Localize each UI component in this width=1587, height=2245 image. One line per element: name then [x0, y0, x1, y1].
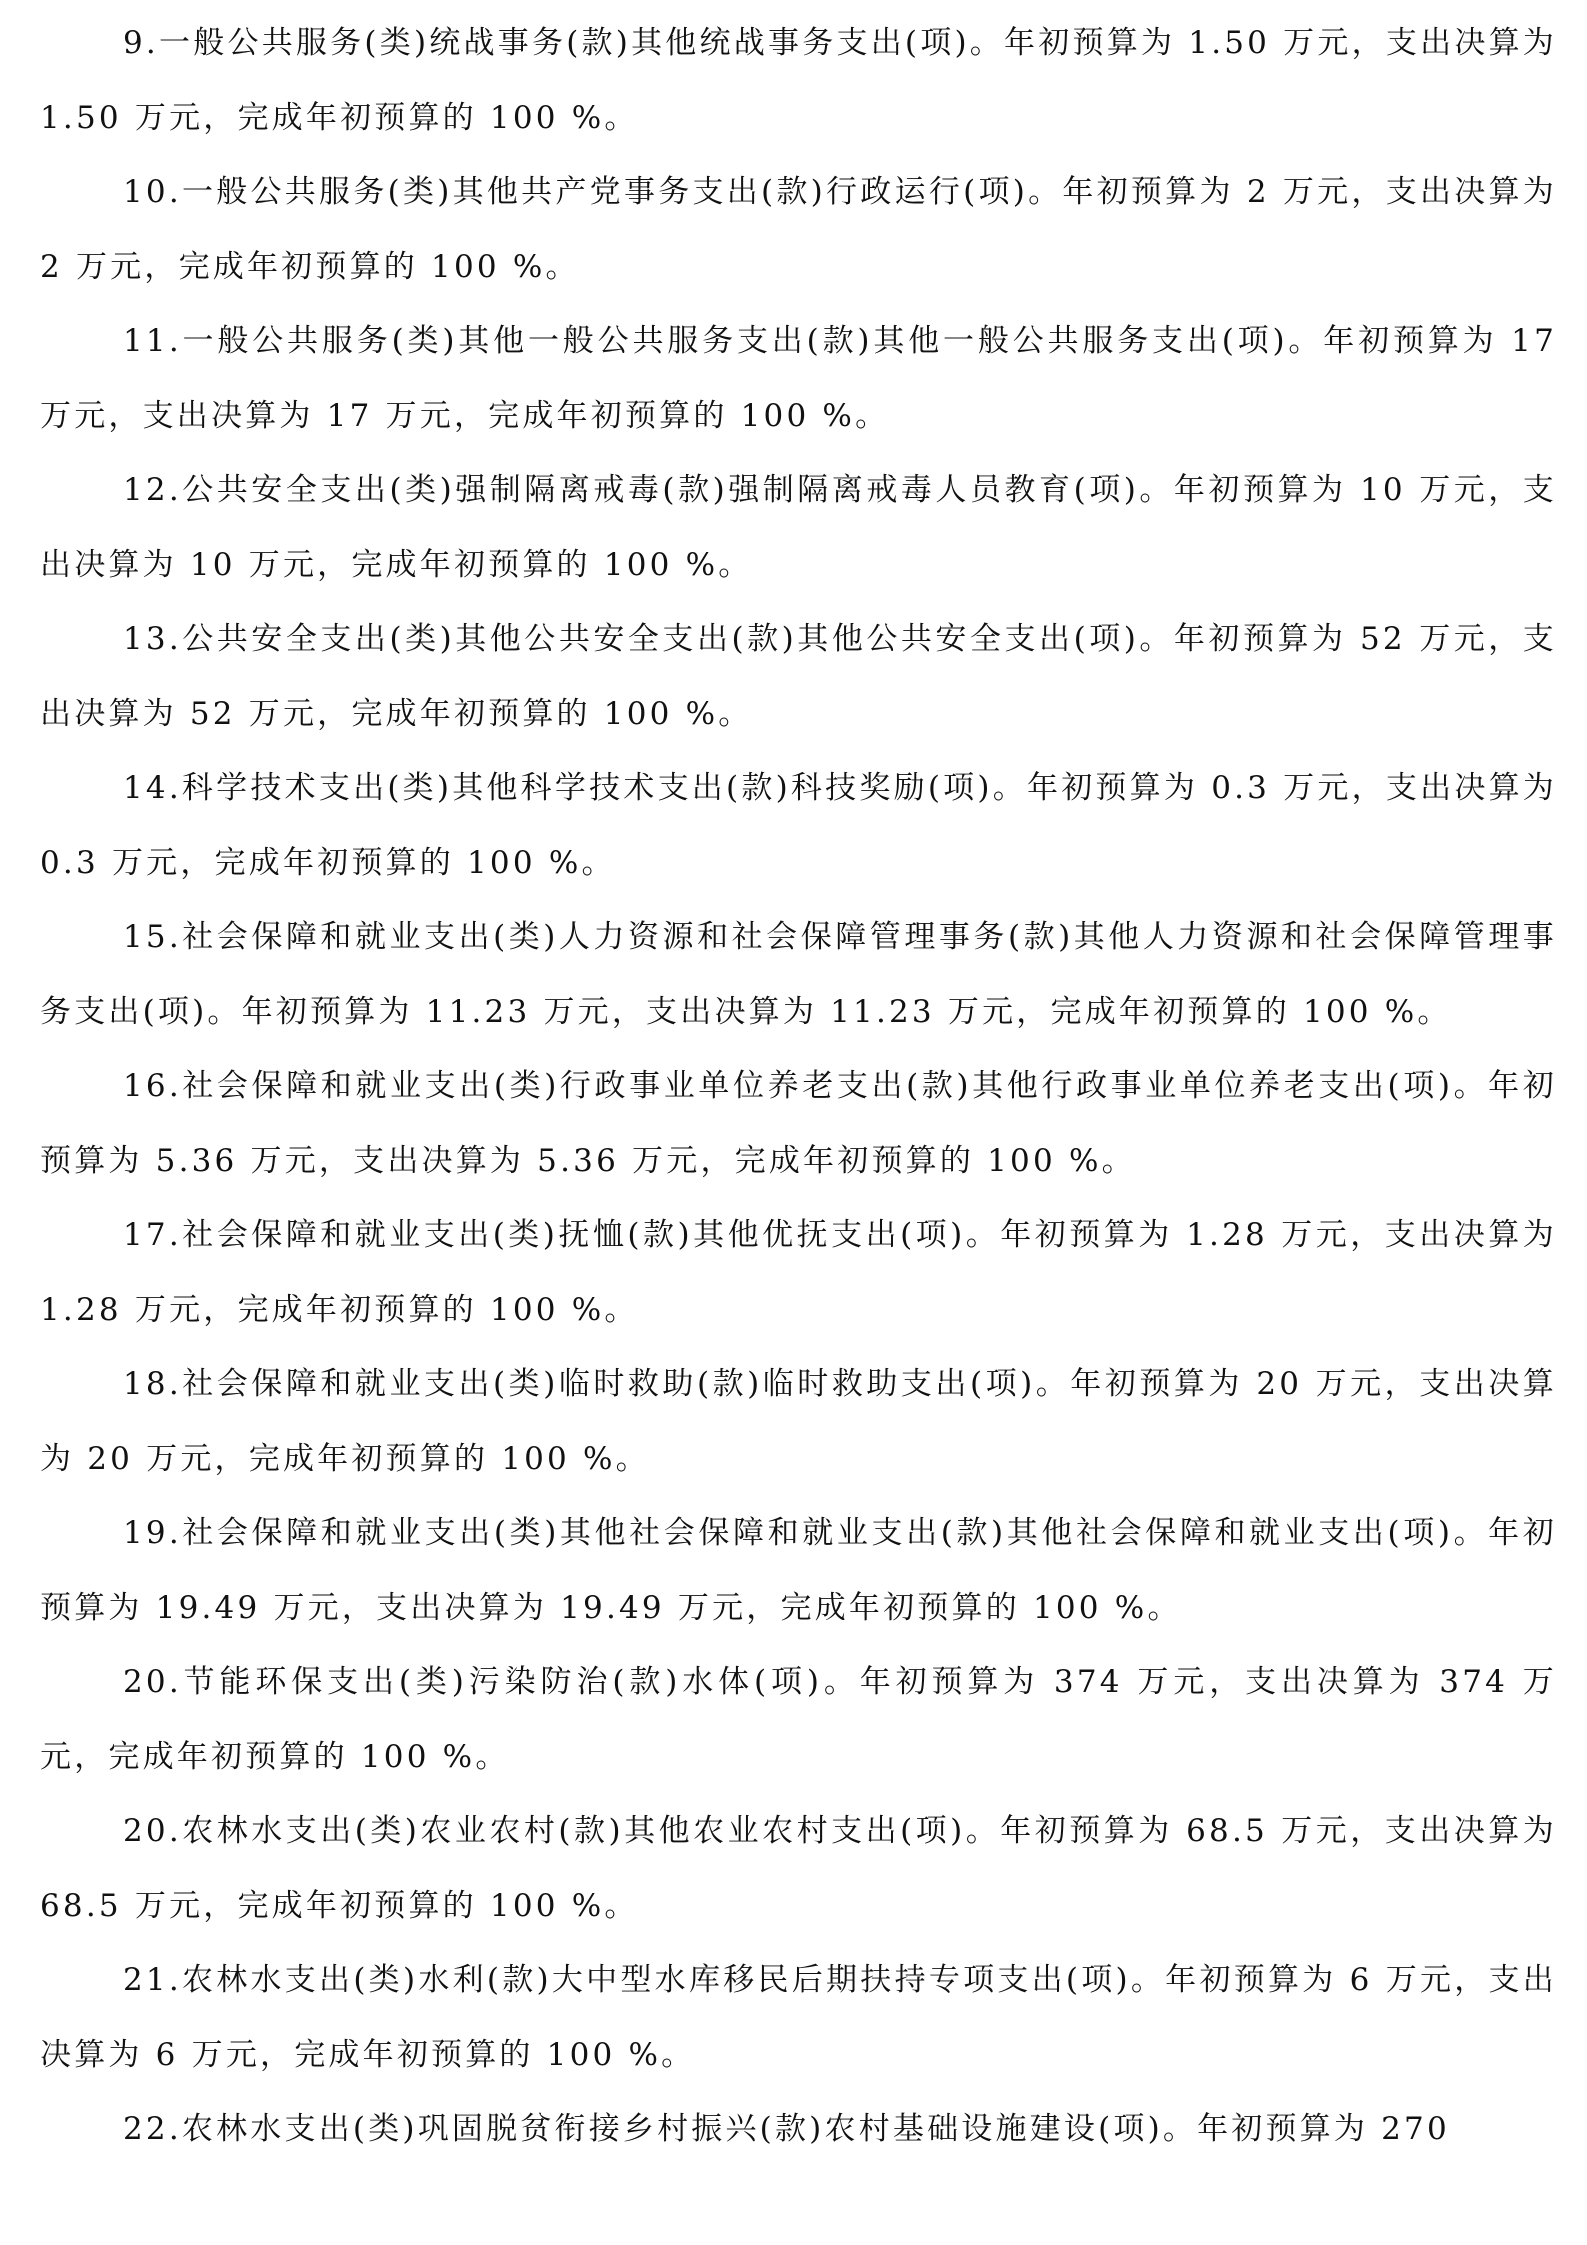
paragraph-item-21: 21.农林水支出(类)水利(款)大中型水库移民后期扶持专项支出(项)。年初预算为… — [40, 1943, 1557, 2092]
document-page: 9.一般公共服务(类)统战事务(款)其他统战事务支出(项)。年初预算为 1.50… — [0, 0, 1587, 2167]
paragraph-item-9: 9.一般公共服务(类)统战事务(款)其他统战事务支出(项)。年初预算为 1.50… — [40, 6, 1557, 155]
paragraph-item-10: 10.一般公共服务(类)其他共产党事务支出(款)行政运行(项)。年初预算为 2 … — [40, 155, 1557, 304]
paragraph-item-17: 17.社会保障和就业支出(类)抚恤(款)其他优抚支出(项)。年初预算为 1.28… — [40, 1198, 1557, 1347]
paragraph-item-16: 16.社会保障和就业支出(类)行政事业单位养老支出(款)其他行政事业单位养老支出… — [40, 1049, 1557, 1198]
paragraph-item-12: 12.公共安全支出(类)强制隔离戒毒(款)强制隔离戒毒人员教育(项)。年初预算为… — [40, 453, 1557, 602]
paragraph-item-22: 22.农林水支出(类)巩固脱贫衔接乡村振兴(款)农村基础设施建设(项)。年初预算… — [40, 2092, 1557, 2167]
paragraph-item-20a: 20.节能环保支出(类)污染防治(款)水体(项)。年初预算为 374 万元，支出… — [40, 1645, 1557, 1794]
paragraph-item-19: 19.社会保障和就业支出(类)其他社会保障和就业支出(款)其他社会保障和就业支出… — [40, 1496, 1557, 1645]
paragraph-item-13: 13.公共安全支出(类)其他公共安全支出(款)其他公共安全支出(项)。年初预算为… — [40, 602, 1557, 751]
paragraph-item-20b: 20.农林水支出(类)农业农村(款)其他农业农村支出(项)。年初预算为 68.5… — [40, 1794, 1557, 1943]
paragraph-item-18: 18.社会保障和就业支出(类)临时救助(款)临时救助支出(项)。年初预算为 20… — [40, 1347, 1557, 1496]
paragraph-item-15: 15.社会保障和就业支出(类)人力资源和社会保障管理事务(款)其他人力资源和社会… — [40, 900, 1557, 1049]
paragraph-item-14: 14.科学技术支出(类)其他科学技术支出(款)科技奖励(项)。年初预算为 0.3… — [40, 751, 1557, 900]
paragraph-item-11: 11.一般公共服务(类)其他一般公共服务支出(款)其他一般公共服务支出(项)。年… — [40, 304, 1557, 453]
